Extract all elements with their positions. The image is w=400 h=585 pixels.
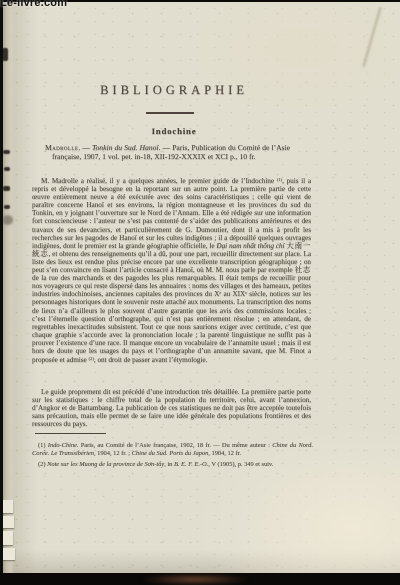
title-rule: [146, 112, 194, 114]
bibliography-entry: Madrolle. — Tonkin du Sud. Hanoï. — Pari…: [52, 143, 290, 162]
page-content: BIBLIOGRAPHIE Indochine Madrolle. — Tonk…: [0, 0, 400, 573]
page-title: BIBLIOGRAPHIE: [24, 83, 324, 98]
footnote-rule: [35, 433, 106, 434]
review-paragraph: M. Madrolle a réalisé, il y a quelques a…: [32, 176, 311, 387]
footnote-2: (2) Note sur les Muong de la province de…: [32, 461, 313, 469]
section-heading: Indochine: [24, 126, 324, 136]
footnotes: (1) Indo-Chine. Paris, au Comité de l’As…: [32, 442, 313, 472]
review-paragraph-2: Le guide proprement dit est précédé d’un…: [32, 388, 311, 430]
watermark-text: Le-livre.com: [0, 0, 67, 9]
footnote-1: (1) Indo-Chine. Paris, au Comité de l’As…: [32, 442, 313, 458]
scan-smudge: [140, 574, 250, 585]
